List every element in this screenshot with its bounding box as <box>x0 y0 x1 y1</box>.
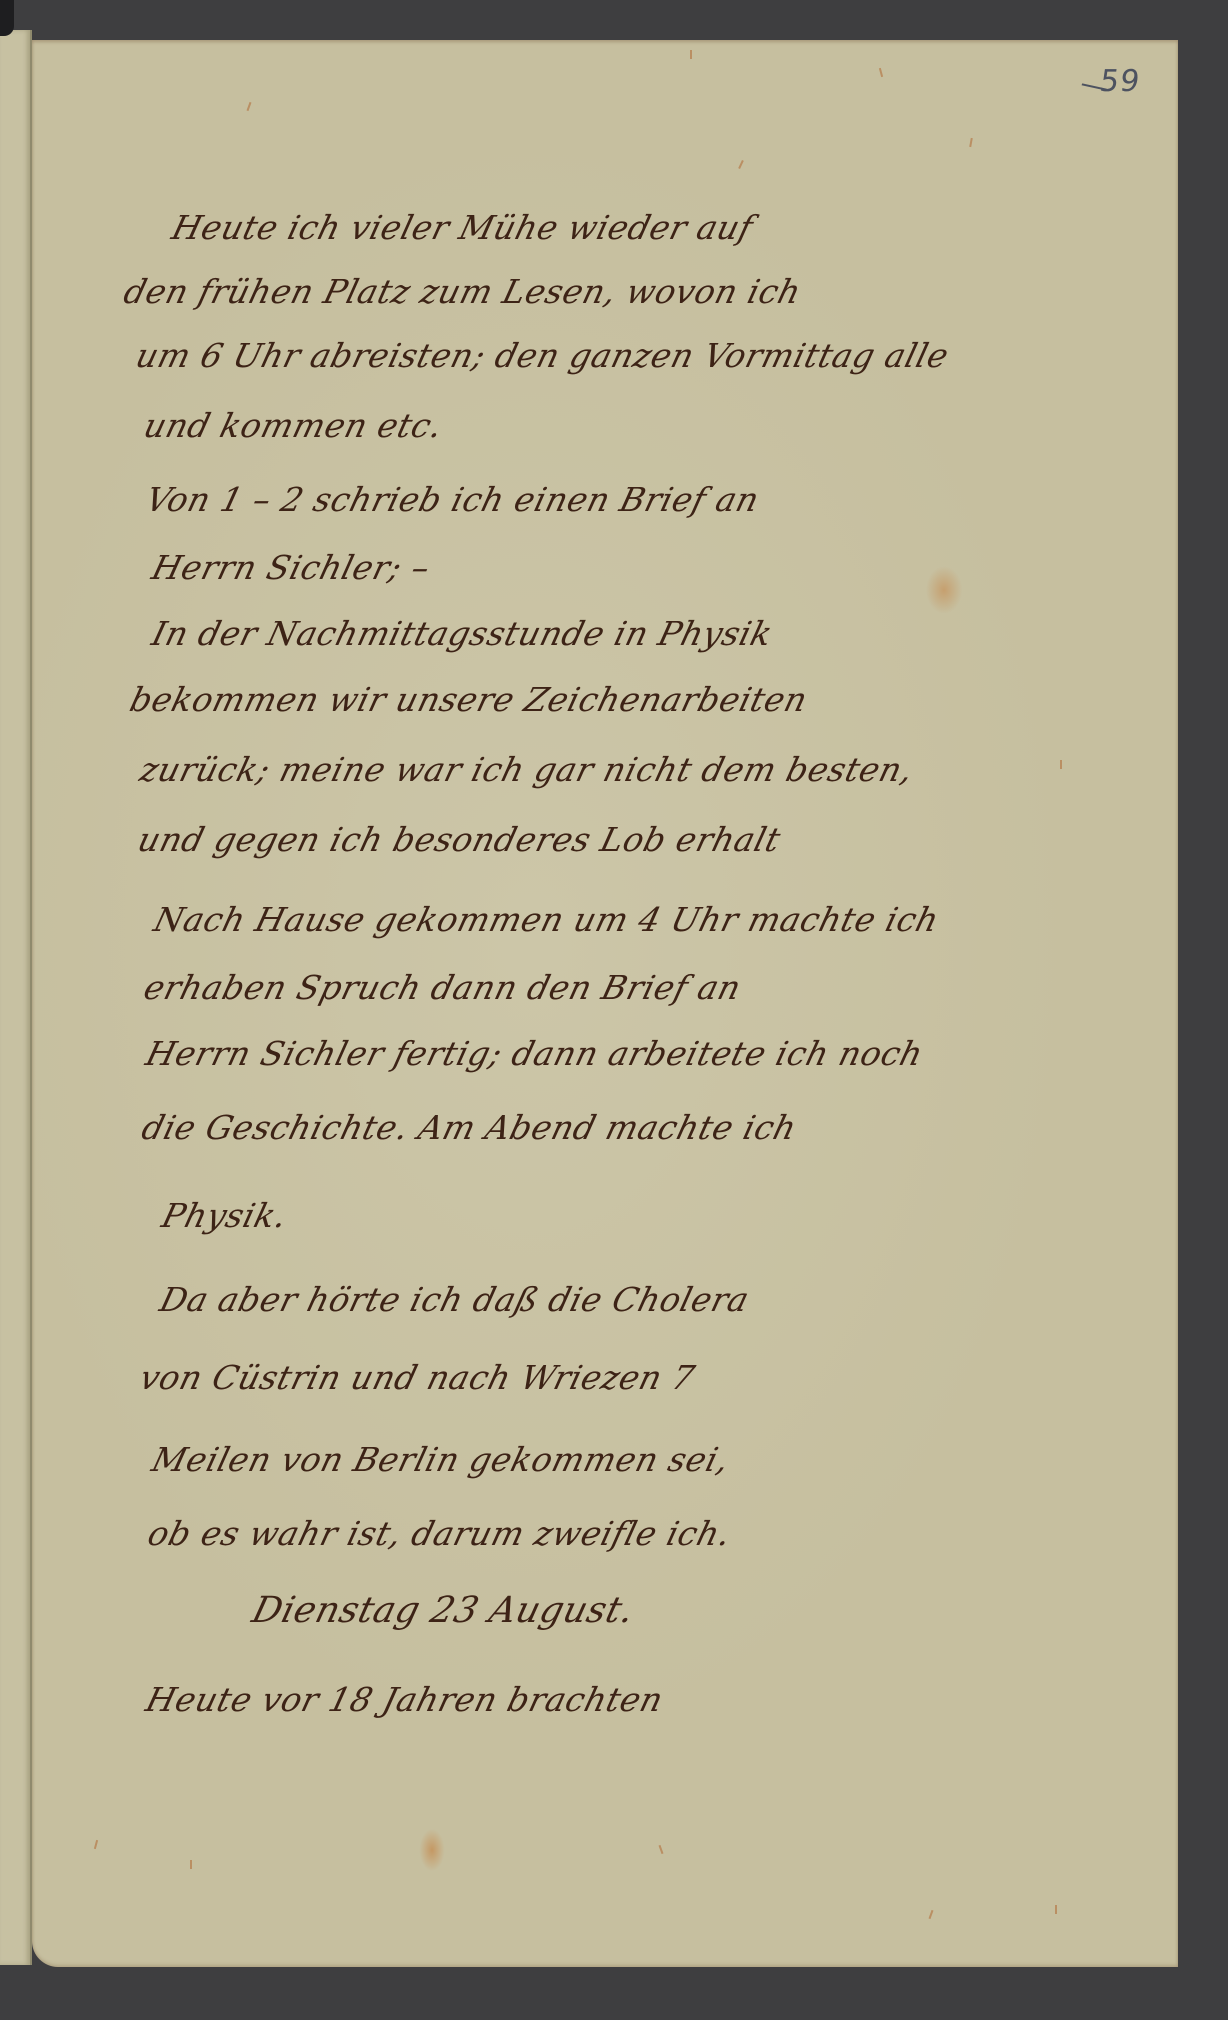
manuscript-line-11: Nach Hause gekommen um 4 Uhr machte ich <box>150 900 943 939</box>
manuscript-line-13: Herrn Sichler fertig; dann arbeitete ich… <box>142 1034 927 1073</box>
manuscript-line-1: Heute ich vieler Mühe wieder auf <box>168 208 757 247</box>
manuscript-line-9: zurück; meine war ich gar nicht dem best… <box>136 750 918 789</box>
manuscript-line-15: Physik. <box>158 1196 291 1235</box>
manuscript-line-5: Von 1 – 2 schrieb ich einen Brief an <box>142 480 763 519</box>
manuscript-line-4: und kommen etc. <box>140 406 447 445</box>
manuscript-line-7: In der Nachmittagsstunde in Physik <box>148 614 777 653</box>
manuscript-line-17: von Cüstrin und nach Wriezen 7 <box>136 1358 699 1397</box>
manuscript-line-12: erhaben Spruch dann den Brief an <box>140 968 745 1007</box>
manuscript-line-18: Meilen von Berlin gekommen sei, <box>148 1440 733 1479</box>
paper-fleck <box>1060 760 1062 769</box>
folio-number: 59 <box>1098 64 1143 99</box>
date-heading: Dienstag 23 August. <box>248 1590 639 1631</box>
manuscript-line-10: und gegen ich besonderes Lob erhalt <box>134 820 785 859</box>
manuscript-line-19: ob es wahr ist, darum zweifle ich. <box>144 1514 735 1553</box>
manuscript-line-2: den frühen Platz zum Lesen, wovon ich <box>120 272 805 311</box>
paper-fleck <box>690 50 692 59</box>
manuscript-line-14: die Geschichte. Am Abend machte ich <box>138 1108 801 1147</box>
paper-fleck <box>190 1860 192 1869</box>
book-spine-edge <box>0 30 32 1965</box>
manuscript-line-last: Heute vor 18 Jahren brachten <box>142 1680 667 1719</box>
binding-shadow <box>0 0 14 36</box>
paper-fleck <box>1055 1905 1057 1914</box>
manuscript-line-16: Da aber hörte ich daß die Cholera <box>156 1280 753 1319</box>
manuscript-line-3: um 6 Uhr abreisten; den ganzen Vormittag… <box>132 336 953 375</box>
manuscript-line-8: bekommen wir unsere Zeichenarbeiten <box>126 680 812 719</box>
manuscript-line-6: Herrn Sichler; – <box>148 548 434 587</box>
